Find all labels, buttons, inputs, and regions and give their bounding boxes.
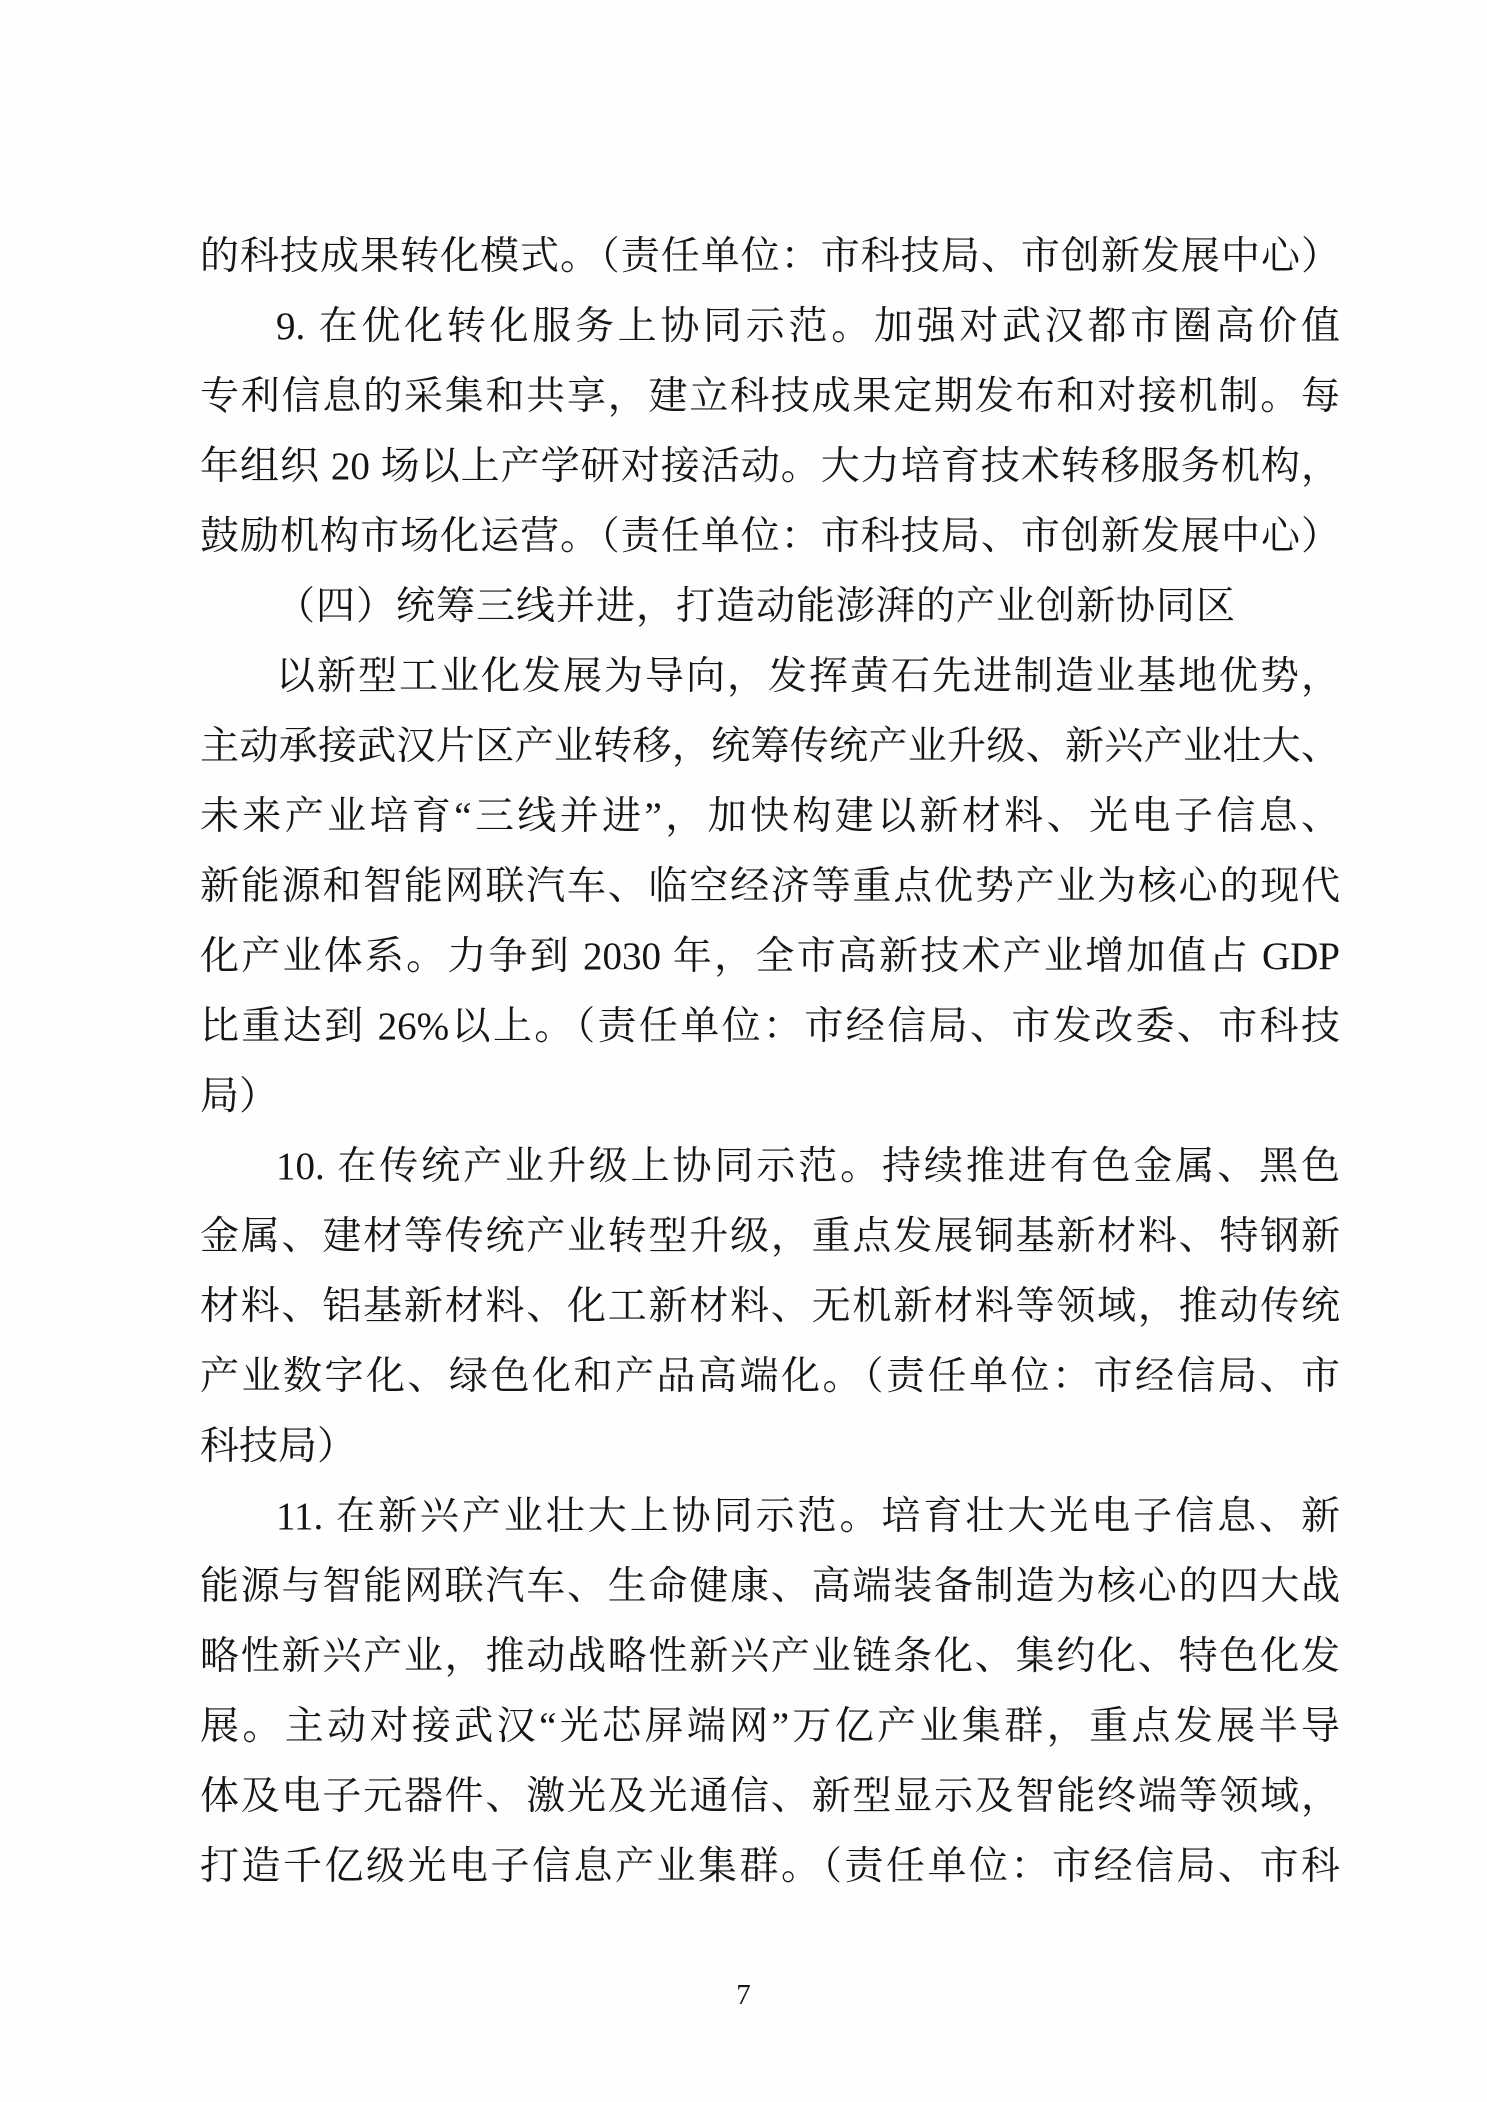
text-line: 产业数字化、绿色化和产品高端化。（责任单位：市经信局、市 (200, 1342, 1340, 1412)
text-line: 10. 在传统产业升级上协同示范。持续推进有色金属、黑色 (200, 1132, 1340, 1202)
text-line: 9. 在优化转化服务上协同示范。加强对武汉都市圈高价值 (200, 292, 1340, 362)
text-line: 专利信息的采集和共享，建立科技成果定期发布和对接机制。每 (200, 362, 1340, 432)
text-line: 展。主动对接武汉“光芯屏端网”万亿产业集群，重点发展半导 (200, 1692, 1340, 1762)
text-line: 材料、铝基新材料、化工新材料、无机新材料等领域，推动传统 (200, 1272, 1340, 1342)
text-line: 化产业体系。力争到 2030 年，全市高新技术产业增加值占 GDP (200, 922, 1340, 992)
page-body: 的科技成果转化模式。（责任单位：市科技局、市创新发展中心） 9. 在优化转化服务… (200, 222, 1340, 1902)
text-line: 比重达到 26%以上。（责任单位：市经信局、市发改委、市科技 (200, 992, 1340, 1062)
text-line: 能源与智能网联汽车、生命健康、高端装备制造为核心的四大战 (200, 1552, 1340, 1622)
text-line: 年组织 20 场以上产学研对接活动。大力培育技术转移服务机构， (200, 432, 1340, 502)
section-heading: （四）统筹三线并进，打造动能澎湃的产业创新协同区 (200, 572, 1340, 642)
text-line: 主动承接武汉片区产业转移，统筹传统产业升级、新兴产业壮大、 (200, 712, 1340, 782)
text-line: 金属、建材等传统产业转型升级，重点发展铜基新材料、特钢新 (200, 1202, 1340, 1272)
text-line: 鼓励机构市场化运营。（责任单位：市科技局、市创新发展中心） (200, 502, 1340, 572)
text-line: 体及电子元器件、激光及光通信、新型显示及智能终端等领域， (200, 1762, 1340, 1832)
document-page: 的科技成果转化模式。（责任单位：市科技局、市创新发展中心） 9. 在优化转化服务… (0, 0, 1487, 2102)
text-line: 以新型工业化发展为导向，发挥黄石先进制造业基地优势， (200, 642, 1340, 712)
text-line: 局） (200, 1062, 1340, 1132)
text-line: 11. 在新兴产业壮大上协同示范。培育壮大光电子信息、新 (200, 1482, 1340, 1552)
text-line: 新能源和智能网联汽车、临空经济等重点优势产业为核心的现代 (200, 852, 1340, 922)
text-line: 未来产业培育“三线并进”，加快构建以新材料、光电子信息、 (200, 782, 1340, 852)
text-line: 打造千亿级光电子信息产业集群。（责任单位：市经信局、市科 (200, 1832, 1340, 1902)
text-line: 的科技成果转化模式。（责任单位：市科技局、市创新发展中心） (200, 222, 1340, 292)
text-line: 略性新兴产业，推动战略性新兴产业链条化、集约化、特色化发 (200, 1622, 1340, 1692)
page-number: 7 (0, 1978, 1487, 2012)
text-line: 科技局） (200, 1412, 1340, 1482)
